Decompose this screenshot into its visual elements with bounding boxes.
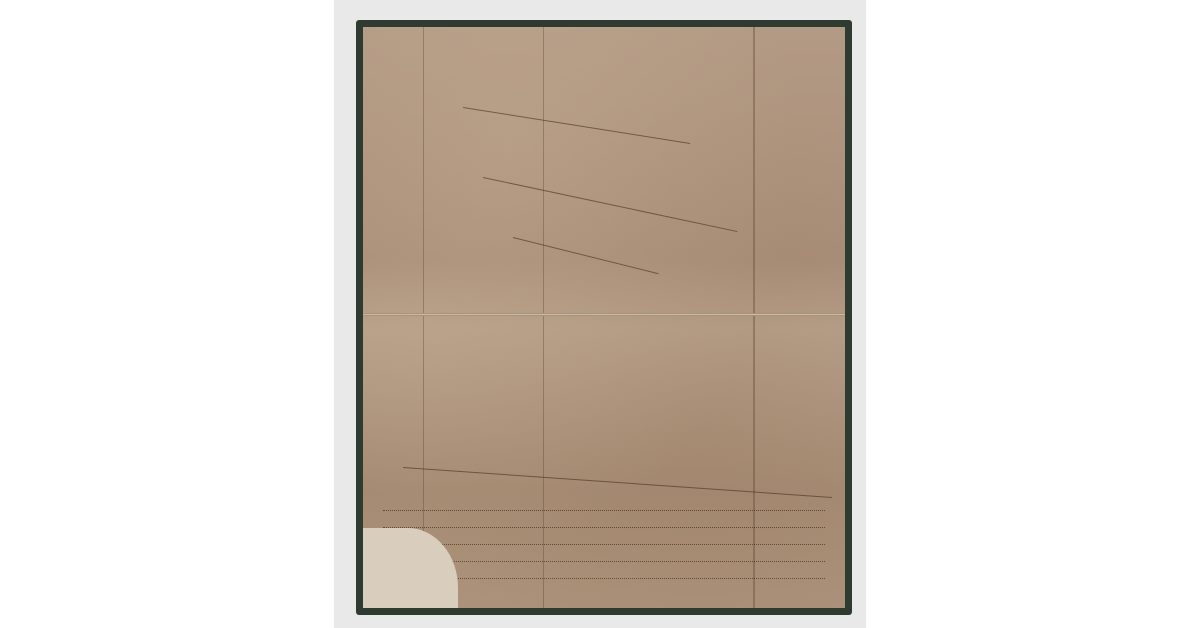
aged-paper: historical handwritten manuscript survey… xyxy=(363,27,845,608)
ink-line xyxy=(483,177,738,232)
image-subject: historical handwritten manuscript survey… xyxy=(363,27,364,28)
horizontal-fold xyxy=(363,313,845,316)
ink-line xyxy=(463,107,690,144)
ink-line xyxy=(403,467,832,498)
manuscript-sheet: historical handwritten manuscript survey… xyxy=(356,20,852,615)
handwriting-line xyxy=(383,536,825,545)
handwriting-line xyxy=(458,570,825,579)
handwriting-line xyxy=(423,553,825,562)
handwriting-line xyxy=(383,502,825,511)
handwriting-line xyxy=(383,519,825,528)
ink-line xyxy=(513,237,659,274)
